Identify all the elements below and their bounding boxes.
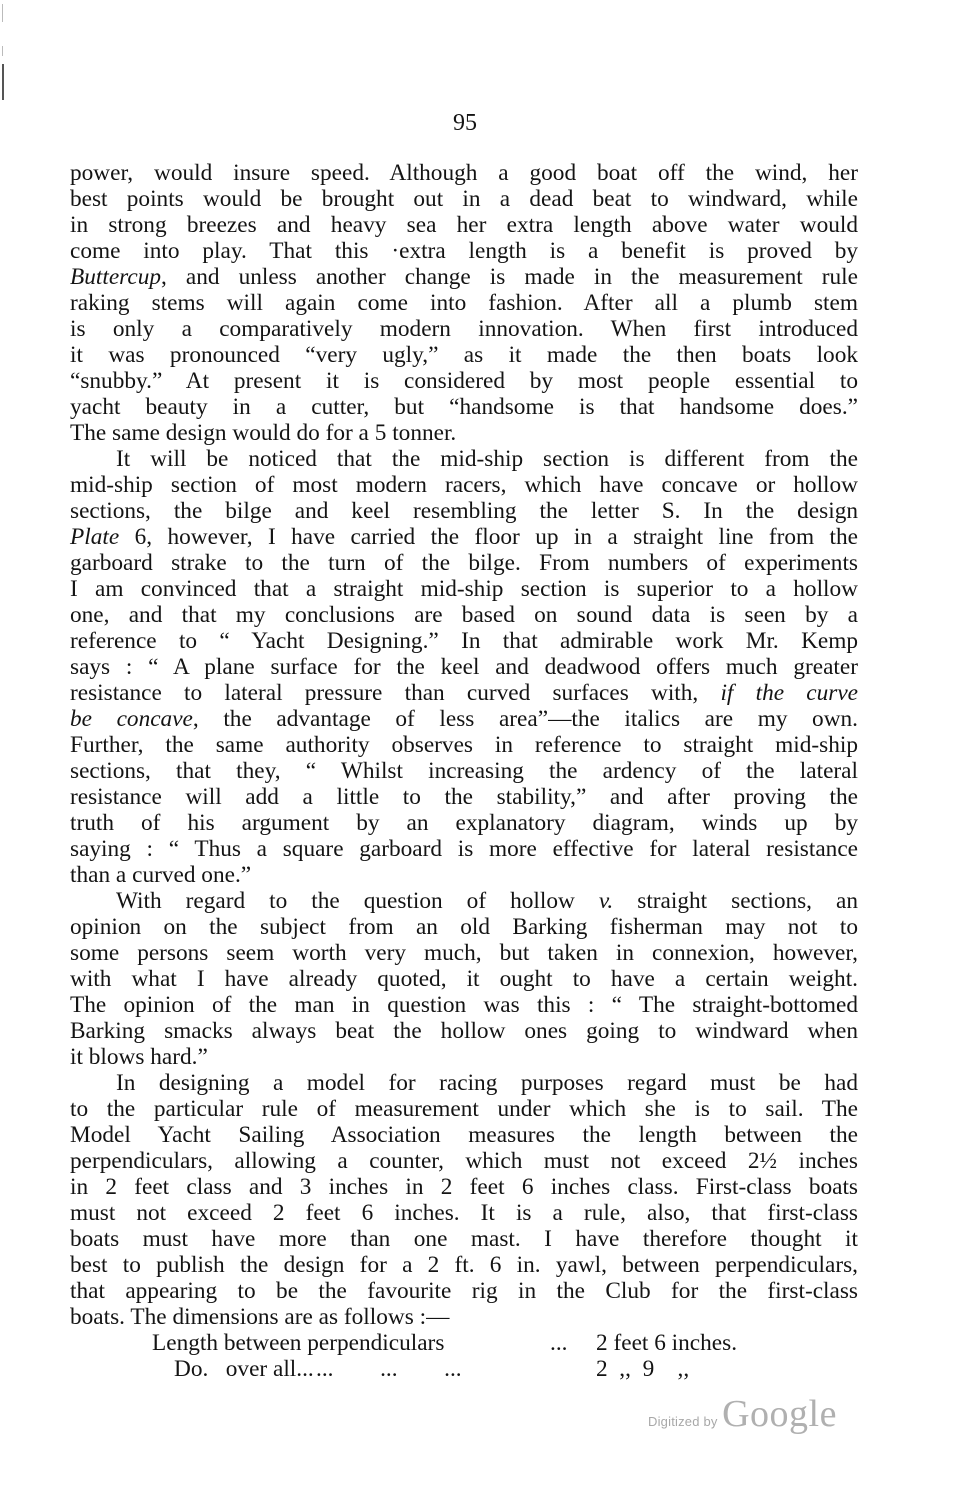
text-line: to the particular rule of measurement un…	[70, 1096, 858, 1122]
italic-quote-emphasis: be concave	[70, 706, 193, 732]
text-start: With regard to the question of hollow	[116, 888, 599, 914]
paragraph-2: It will be noticed that the mid-ship sec…	[70, 446, 858, 888]
text-line: it blows hard.”	[70, 1044, 858, 1070]
text-line: saying : “ Thus a square garboard is mor…	[70, 836, 858, 862]
text-line: with what I have already quoted, it ough…	[70, 966, 858, 992]
dimension-leader: ... ... ...	[316, 1356, 596, 1382]
text-line: in 2 feet class and 3 inches in 2 feet 6…	[70, 1174, 858, 1200]
text-line: sections, the bilge and keel resembling …	[70, 498, 858, 524]
text-line-with-italic: Buttercup, and unless another change is …	[70, 264, 858, 290]
text-line: The same design would do for a 5 tonner.	[70, 420, 858, 446]
text-line: The opinion of the man in question was t…	[70, 992, 858, 1018]
watermark-prefix: Digitized by	[648, 1414, 718, 1429]
text-line: yacht beauty in a cutter, but “handsome …	[70, 394, 858, 420]
text-line: It will be noticed that the mid-ship sec…	[70, 446, 858, 472]
text-line: boats must have more than one mast. I ha…	[70, 1226, 858, 1252]
google-logo-text: Google	[722, 1393, 837, 1435]
text-line: best to publish the design for a 2 ft. 6…	[70, 1252, 858, 1278]
text-line: perpendiculars, allowing a counter, whic…	[70, 1148, 858, 1174]
digitized-by-google-watermark: Digitized by Google	[648, 1392, 837, 1436]
dimensions-table: Length between perpendiculars ... 2 feet…	[70, 1330, 858, 1382]
text-line: than a curved one.”	[70, 862, 858, 888]
paragraph-4: In designing a model for racing purposes…	[70, 1070, 858, 1330]
scan-edge-mark	[2, 46, 3, 56]
page-number: 95	[0, 110, 930, 137]
dimension-value: 2 ,, 9 ,,	[596, 1356, 689, 1382]
text-line: Barking smacks always beat the hollow on…	[70, 1018, 858, 1044]
text-line: resistance will add a little to the stab…	[70, 784, 858, 810]
page-body: power, would insure speed. Although a go…	[70, 160, 858, 1382]
text-line: truth of his argument by an explanatory …	[70, 810, 858, 836]
italic-plate-ref: Plate	[70, 524, 119, 550]
dimension-row: Do. over all... ... ... ... 2 ,, 9 ,,	[70, 1356, 858, 1382]
text-line: Further, the same authority observes in …	[70, 732, 858, 758]
italic-boat-name: Buttercup	[70, 264, 161, 290]
text-rest: 6, however, I have carried the floor up …	[119, 524, 858, 550]
italic-quote-emphasis: if the curve	[720, 680, 858, 706]
text-line-with-italic: be concave, the advantage of less area”—…	[70, 706, 858, 732]
text-line: Model Yacht Sailing Association measures…	[70, 1122, 858, 1148]
dimension-label: Do. over all...	[174, 1356, 316, 1382]
text-line: opinion on the subject from an old Barki…	[70, 914, 858, 940]
text-line: come into play. That this ·extra length …	[70, 238, 858, 264]
text-line: boats. The dimensions are as follows :—	[70, 1304, 858, 1330]
text-line: sections, that they, “ Whilst increasing…	[70, 758, 858, 784]
text-line: it was pronounced “very ugly,” as it mad…	[70, 342, 858, 368]
dimension-label: Length between perpendiculars	[152, 1330, 550, 1356]
text-line: that appearing to be the favourite rig i…	[70, 1278, 858, 1304]
text-line-with-italic: Plate 6, however, I have carried the flo…	[70, 524, 858, 550]
text-line: best points would be brought out in a de…	[70, 186, 858, 212]
dimension-row: Length between perpendiculars ... 2 feet…	[70, 1330, 858, 1356]
text-line: garboard strake to the turn of the bilge…	[70, 550, 858, 576]
text-line: must not exceed 2 feet 6 inches. It is a…	[70, 1200, 858, 1226]
text-line: in strong breezes and heavy sea her extr…	[70, 212, 858, 238]
text-line-with-italic: resistance to lateral pressure than curv…	[70, 680, 858, 706]
scan-edge-mark	[2, 4, 3, 22]
text-line: raking stems will again come into fashio…	[70, 290, 858, 316]
text-rest: , and unless another change is made in t…	[161, 264, 858, 290]
dimension-leader: ...	[550, 1330, 596, 1356]
text-line: says : “ A plane surface for the keel an…	[70, 654, 858, 680]
text-line: mid-ship section of most modern racers, …	[70, 472, 858, 498]
scan-edge-mark	[2, 64, 4, 100]
text-start: resistance to lateral pressure than curv…	[70, 680, 720, 706]
text-rest: , the advantage of less area”—the italic…	[193, 706, 858, 732]
text-line: In designing a model for racing purposes…	[70, 1070, 858, 1096]
dimension-value: 2 feet 6 inches.	[596, 1330, 737, 1356]
text-line: I am convinced that a straight mid-ship …	[70, 576, 858, 602]
italic-versus: v.	[599, 888, 613, 914]
paragraph-1: power, would insure speed. Although a go…	[70, 160, 858, 446]
text-line: power, would insure speed. Although a go…	[70, 160, 858, 186]
text-line: one, and that my conclusions are based o…	[70, 602, 858, 628]
text-line: reference to “ Yacht Designing.” In that…	[70, 628, 858, 654]
text-line: “snubby.” At present it is considered by…	[70, 368, 858, 394]
text-rest: straight sections, an	[613, 888, 858, 914]
text-line: is only a comparatively modern innovatio…	[70, 316, 858, 342]
text-line-with-italic: With regard to the question of hollow v.…	[70, 888, 858, 914]
paragraph-3: With regard to the question of hollow v.…	[70, 888, 858, 1070]
text-line: some persons seem worth very much, but t…	[70, 940, 858, 966]
